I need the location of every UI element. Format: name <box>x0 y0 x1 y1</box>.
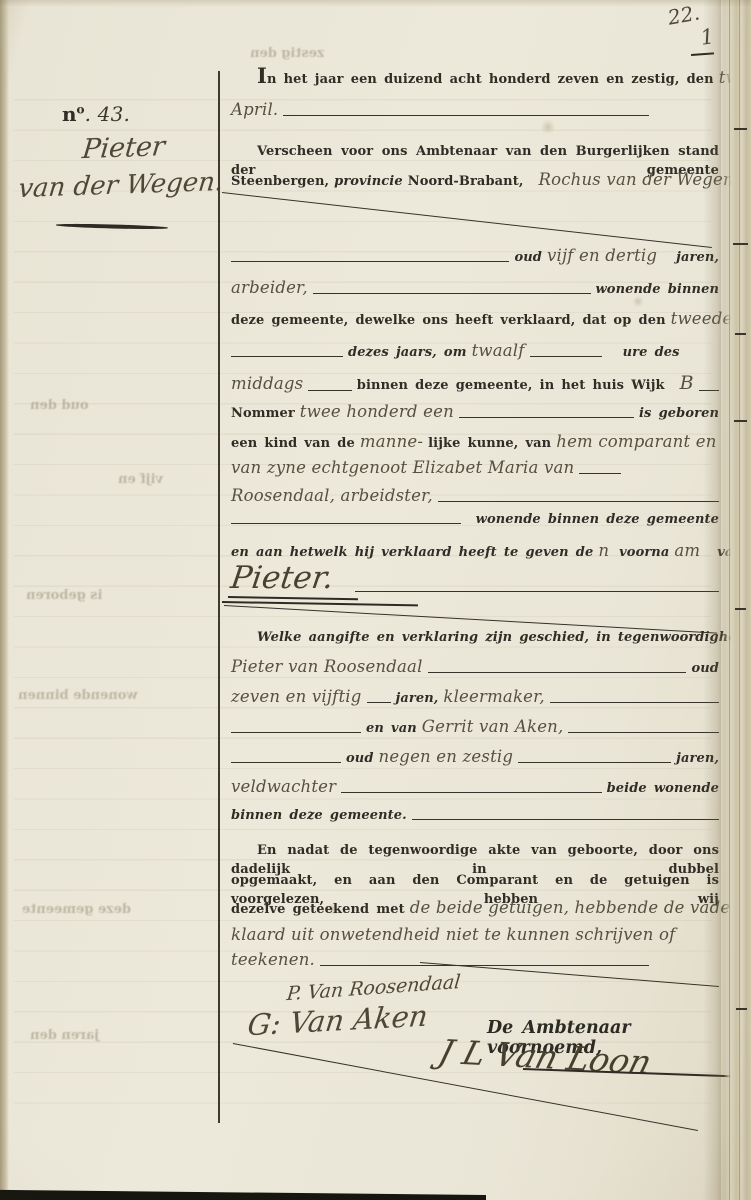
printed-text: deze gemeente, dewelke ons heeft verklaa… <box>231 313 666 328</box>
handwritten-entry: April. <box>231 100 278 119</box>
handwritten-entry: middags <box>231 374 303 393</box>
printed-text: Welke aangifte en verklaring zijn geschi… <box>231 630 751 645</box>
blank-rule <box>320 964 649 966</box>
blank-rule <box>412 818 719 820</box>
handwritten-entry: de beide getuigen, hebbende de vader ver <box>410 898 751 917</box>
body-line-21: oud negen en zestig jaren, <box>231 747 719 766</box>
next-page-rule-mark <box>733 243 748 245</box>
body-line-6: arbeider, wonende binnen <box>231 278 719 297</box>
printed-text: en van <box>366 721 417 736</box>
handwritten-entry: negen en zestig <box>379 747 514 766</box>
printed-text: wonende binnen deze gemeente <box>476 512 719 527</box>
act-number-value: . 43. <box>85 102 131 126</box>
printed-text: dezelve geteekend met <box>231 902 405 917</box>
printed-text: een kind van de <box>231 436 355 451</box>
printed-text: dezes jaars, om <box>348 345 467 360</box>
blank-rule <box>231 355 343 357</box>
handwritten-entry: vijf en dertig <box>547 246 657 265</box>
body-line-5: oud vijf en dertig jaren, <box>231 246 719 265</box>
ghost-text: wonende binnen <box>18 688 138 703</box>
ghost-text: zestig den <box>250 46 324 61</box>
blank-rule <box>550 701 719 703</box>
body-line-22: veldwachter beide wonende <box>231 777 719 796</box>
handwritten-entry: arbeider, <box>231 278 308 297</box>
body-line-27: klaard uit onwetendheid niet te kunnen s… <box>231 925 719 944</box>
act-number-prefix: n <box>62 102 77 126</box>
body-line-13: Roosendaal, arbeidster, <box>231 486 719 505</box>
printed-text: Nommer <box>231 406 295 421</box>
blank-rule <box>308 389 351 391</box>
printed-text: ure des <box>623 345 680 360</box>
body-line-7: deze gemeente, dewelke ons heeft verklaa… <box>231 309 719 328</box>
ghost-text: jaren den <box>30 1028 99 1043</box>
next-page-rule-mark <box>735 333 746 335</box>
vertical-separator <box>218 71 220 1123</box>
body-line-17: Welke aangifte en verklaring zijn geschi… <box>231 630 719 646</box>
act-number-sup: o <box>77 102 85 116</box>
blank-rule <box>438 500 719 502</box>
blank-rule <box>341 791 601 793</box>
drop-initial: I <box>257 63 267 88</box>
printed-text: In het jaar een duizend acht honderd zev… <box>231 72 714 87</box>
blank-rule <box>355 590 719 592</box>
handwritten-entry: Roosendaal, arbeidster, <box>231 486 433 505</box>
blank-rule <box>231 522 461 524</box>
handwritten-entry: hem comparant en <box>556 432 716 451</box>
given-name-entry: Pieter. <box>228 560 336 596</box>
handwritten-entry: kleermaker, <box>443 687 544 706</box>
body-line-11: een kind van de manne- lijke kunne, van … <box>231 432 719 451</box>
body-line-10: Nommer twee honderd een is geboren <box>231 402 719 421</box>
handwritten-entry: Gerrit van Aken, <box>422 717 564 736</box>
body-line-20: en van Gerrit van Aken, <box>231 717 719 736</box>
blank-rule <box>568 731 719 733</box>
blank-rule <box>231 731 361 733</box>
foxing-spot <box>632 296 644 307</box>
printed-text: binnen deze gemeente. <box>231 808 407 823</box>
top-edge-shade <box>0 0 751 7</box>
body-line-9: middags binnen deze gemeente, in het hui… <box>231 372 719 394</box>
handwritten-entry: twee honderd een <box>300 402 454 421</box>
body-line-1: In het jaar een duizend acht honderd zev… <box>231 68 719 87</box>
blank-rule <box>231 260 509 262</box>
handwritten-entry: am <box>674 541 700 560</box>
body-line-18: Pieter van Roosendaal oud <box>231 657 719 676</box>
blank-rule <box>518 761 671 763</box>
printed-text: oud <box>346 751 374 766</box>
blank-rule <box>231 761 341 763</box>
page-stack-edge <box>717 0 751 1200</box>
body-line-8: dezes jaars, om twaalf ure des <box>231 341 719 360</box>
printed-text: Steenbergen, <box>231 174 329 189</box>
page-edge-line <box>739 0 740 1200</box>
blank-rule <box>367 701 391 703</box>
blank-rule <box>313 292 591 294</box>
printed-text: oud <box>514 250 542 265</box>
body-line-12: van zyne echtgenoot Elizabet Maria van <box>231 458 719 477</box>
handwritten-entry: klaard uit onwetendheid niet te kunnen s… <box>231 925 675 944</box>
body-line-16: Pieter. <box>231 560 719 598</box>
page-edge-line <box>729 0 730 1200</box>
blank-rule <box>283 114 649 116</box>
handwritten-entry: B <box>680 372 694 394</box>
printed-text: lijke kunne, van <box>428 436 551 451</box>
handwritten-entry: veldwachter <box>231 777 336 796</box>
body-line-2: April. <box>231 100 719 119</box>
printed-text: binnen deze gemeente, in het huis Wijk <box>357 378 665 393</box>
handwritten-entry: Pieter van Roosendaal <box>231 657 423 676</box>
body-line-14: wonende binnen deze gemeente <box>231 512 719 527</box>
blank-rule <box>579 472 621 474</box>
printed-text: jaren, <box>396 691 439 706</box>
blank-rule <box>530 355 602 357</box>
handwritten-entry: twaalf <box>472 341 525 360</box>
next-page-rule-mark <box>734 420 747 422</box>
ghost-text: is geboren <box>26 588 102 603</box>
printed-text: Noord-Brabant, <box>408 174 524 189</box>
printed-text: wonende binnen <box>596 282 719 297</box>
binding-edge <box>0 0 9 1200</box>
blank-rule <box>459 416 634 418</box>
body-line-15: en aan hetwelk hij verklaard heeft te ge… <box>231 541 719 560</box>
body-line-26: dezelve geteekend met de beide getuigen,… <box>231 898 719 917</box>
blank-rule <box>428 671 687 673</box>
handwritten-entry: zeven en vijftig <box>231 687 362 706</box>
handwritten-entry: teekenen. <box>231 950 315 969</box>
faint-ruling-lines <box>14 70 711 1128</box>
next-page-rule-mark <box>735 608 746 610</box>
body-line-19: zeven en vijftig jaren, kleermaker, <box>231 687 719 706</box>
act-number: no. 43. <box>62 102 130 126</box>
body-line-4: Steenbergen, provincie Noord-Brabant, Ro… <box>231 170 719 189</box>
margin-child-name: Pieter <box>81 131 167 165</box>
ghost-text: oud den <box>30 398 89 413</box>
ghost-text: deze gemeente <box>22 902 131 917</box>
next-page-rule-mark <box>734 128 747 130</box>
foxing-spot <box>540 120 556 134</box>
printed-text: en aan hetwelk hij verklaard heeft te ge… <box>231 545 593 560</box>
printed-text: provincie <box>334 174 403 189</box>
next-page-rule-mark <box>736 1008 747 1010</box>
body-line-23: binnen deze gemeente. <box>231 808 719 823</box>
ghost-text: vijf en <box>118 472 163 487</box>
handwritten-entry: manne- <box>360 432 423 451</box>
handwritten-entry: n <box>598 541 609 560</box>
handwritten-entry: van zyne echtgenoot Elizabet Maria van <box>231 458 574 477</box>
printed-text: voorna <box>619 545 669 560</box>
